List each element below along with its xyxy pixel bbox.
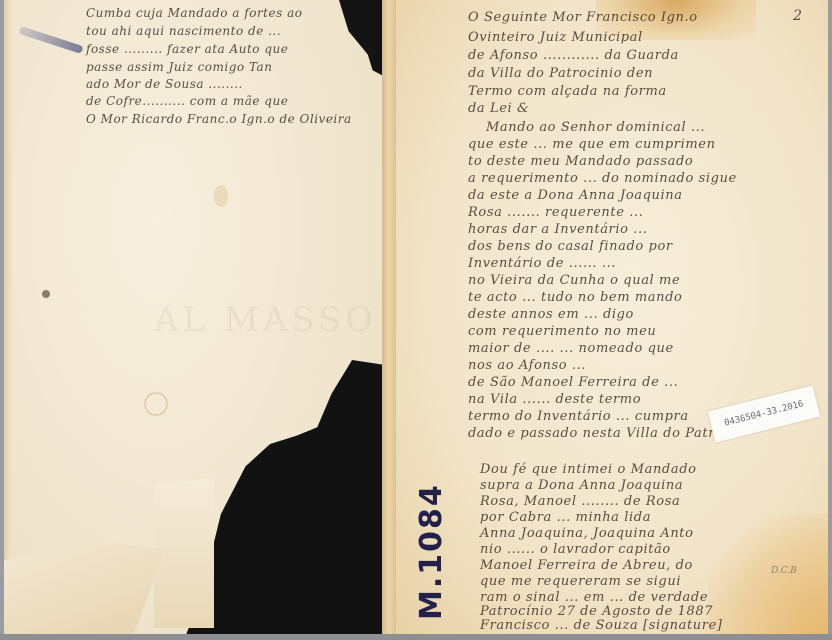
handwritten-line: Ovinteiro Juiz Municipal bbox=[468, 30, 643, 45]
handwritten-line: maior de .... ... nomeado que bbox=[468, 341, 674, 356]
handwritten-line: nio ...... o lavrador capitão bbox=[480, 542, 671, 557]
handwritten-line: O Seguinte Mor Francisco Ign.o bbox=[468, 10, 698, 25]
scan-border bbox=[0, 634, 832, 640]
handwritten-line: ado Mor de Sousa ........ bbox=[86, 77, 243, 91]
handwritten-line: com requerimento no meu bbox=[468, 324, 656, 339]
blue-pencil-mark bbox=[18, 26, 83, 54]
handwritten-line: na Vila ...... deste termo bbox=[468, 392, 641, 407]
handwritten-line: a requerimento ... do nominado sigue bbox=[468, 171, 737, 186]
book-spine bbox=[382, 0, 396, 636]
handwritten-line: de São Manoel Ferreira de ... bbox=[468, 375, 678, 390]
paper-watermark: AL MASSO bbox=[154, 300, 377, 340]
handwritten-line: te acto ... tudo no bem mando bbox=[468, 290, 682, 305]
handwritten-line: da Villa do Patrocinio den bbox=[468, 66, 653, 81]
folded-fragment bbox=[154, 478, 214, 628]
handwritten-line: ram o sinal ... em ... de verdade bbox=[480, 590, 708, 605]
handwritten-line: nos ao Afonso ... bbox=[468, 358, 586, 373]
handwritten-line: por Cabra ... minha lida bbox=[480, 510, 651, 525]
handwritten-line: Rosa ....... requerente ... bbox=[468, 205, 643, 220]
handwritten-line: to deste meu Mandado passado bbox=[468, 154, 693, 169]
handwritten-line: que este ... me que em cumprimen bbox=[468, 137, 716, 152]
handwritten-line: termo do Inventário ... cumpra bbox=[468, 409, 689, 424]
handwritten-line: dos bens do casal finado por bbox=[468, 239, 673, 254]
handwritten-line: deste annos em ... digo bbox=[468, 307, 634, 322]
handwritten-line: passe assim Juiz comigo Tan bbox=[86, 60, 272, 74]
handwritten-line: tou ahi aqui nascimento de ... bbox=[86, 24, 281, 38]
stain bbox=[214, 185, 228, 207]
handwritten-line: da este a Dona Anna Joaquina bbox=[468, 188, 683, 203]
handwritten-line: de Afonso ............ da Guarda bbox=[468, 48, 679, 63]
torn-area-top bbox=[339, 0, 382, 78]
handwritten-line: de Cofre.......... com a mãe que bbox=[86, 94, 288, 108]
stain-ring bbox=[144, 392, 168, 416]
handwritten-line: que me requereram se sigui bbox=[480, 574, 681, 589]
handwritten-line: fosse ......... fazer ata Auto que bbox=[86, 42, 288, 56]
handwritten-line: Inventário de ...... ... bbox=[468, 256, 616, 271]
page-edge bbox=[4, 0, 12, 634]
handwritten-line: Patrocínio 27 de Agosto de 1887 bbox=[480, 604, 713, 619]
page-number: 2 bbox=[793, 8, 802, 24]
handwritten-line: Mando ao Senhor dominical ... bbox=[486, 120, 705, 135]
handwritten-line: Cumba cuja Mandado a fortes ao bbox=[86, 6, 302, 20]
ink-blot bbox=[42, 290, 50, 298]
handwritten-line: dado e passado nesta Villa do Patro bbox=[468, 426, 723, 441]
handwritten-line: Rosa, Manoel ........ de Rosa bbox=[480, 494, 680, 509]
handwritten-line: Manoel Ferreira de Abreu, do bbox=[480, 558, 693, 573]
corner-stain bbox=[708, 514, 828, 634]
call-number-stamp: M.1084 bbox=[414, 483, 449, 620]
handwritten-line: supra a Dona Anna Joaquina bbox=[480, 478, 683, 493]
handwritten-line: no Vieira da Cunha o qual me bbox=[468, 273, 680, 288]
folded-fragment bbox=[4, 540, 164, 634]
handwritten-line: Anna Joaquina, Joaquina Anto bbox=[480, 526, 694, 541]
right-page: 2 O Seguinte Mor Francisco Ign.o Ovintei… bbox=[396, 0, 828, 634]
left-page: Cumba cuja Mandado a fortes ao tou ahi a… bbox=[4, 0, 382, 634]
handwritten-line: horas dar a Inventário ... bbox=[468, 222, 648, 237]
handwritten-line: Termo com alçada na forma bbox=[468, 84, 667, 99]
signature-line: Francisco ... de Souza [signature] bbox=[480, 618, 723, 633]
handwritten-line: Dou fé que intimei o Mandado bbox=[480, 462, 697, 477]
pencil-annotation: D.C.B bbox=[771, 566, 797, 576]
signature-line: O Mor Ricardo Franc.o Ign.o de Oliveira bbox=[86, 112, 352, 126]
handwritten-line: da Lei & bbox=[468, 101, 529, 116]
